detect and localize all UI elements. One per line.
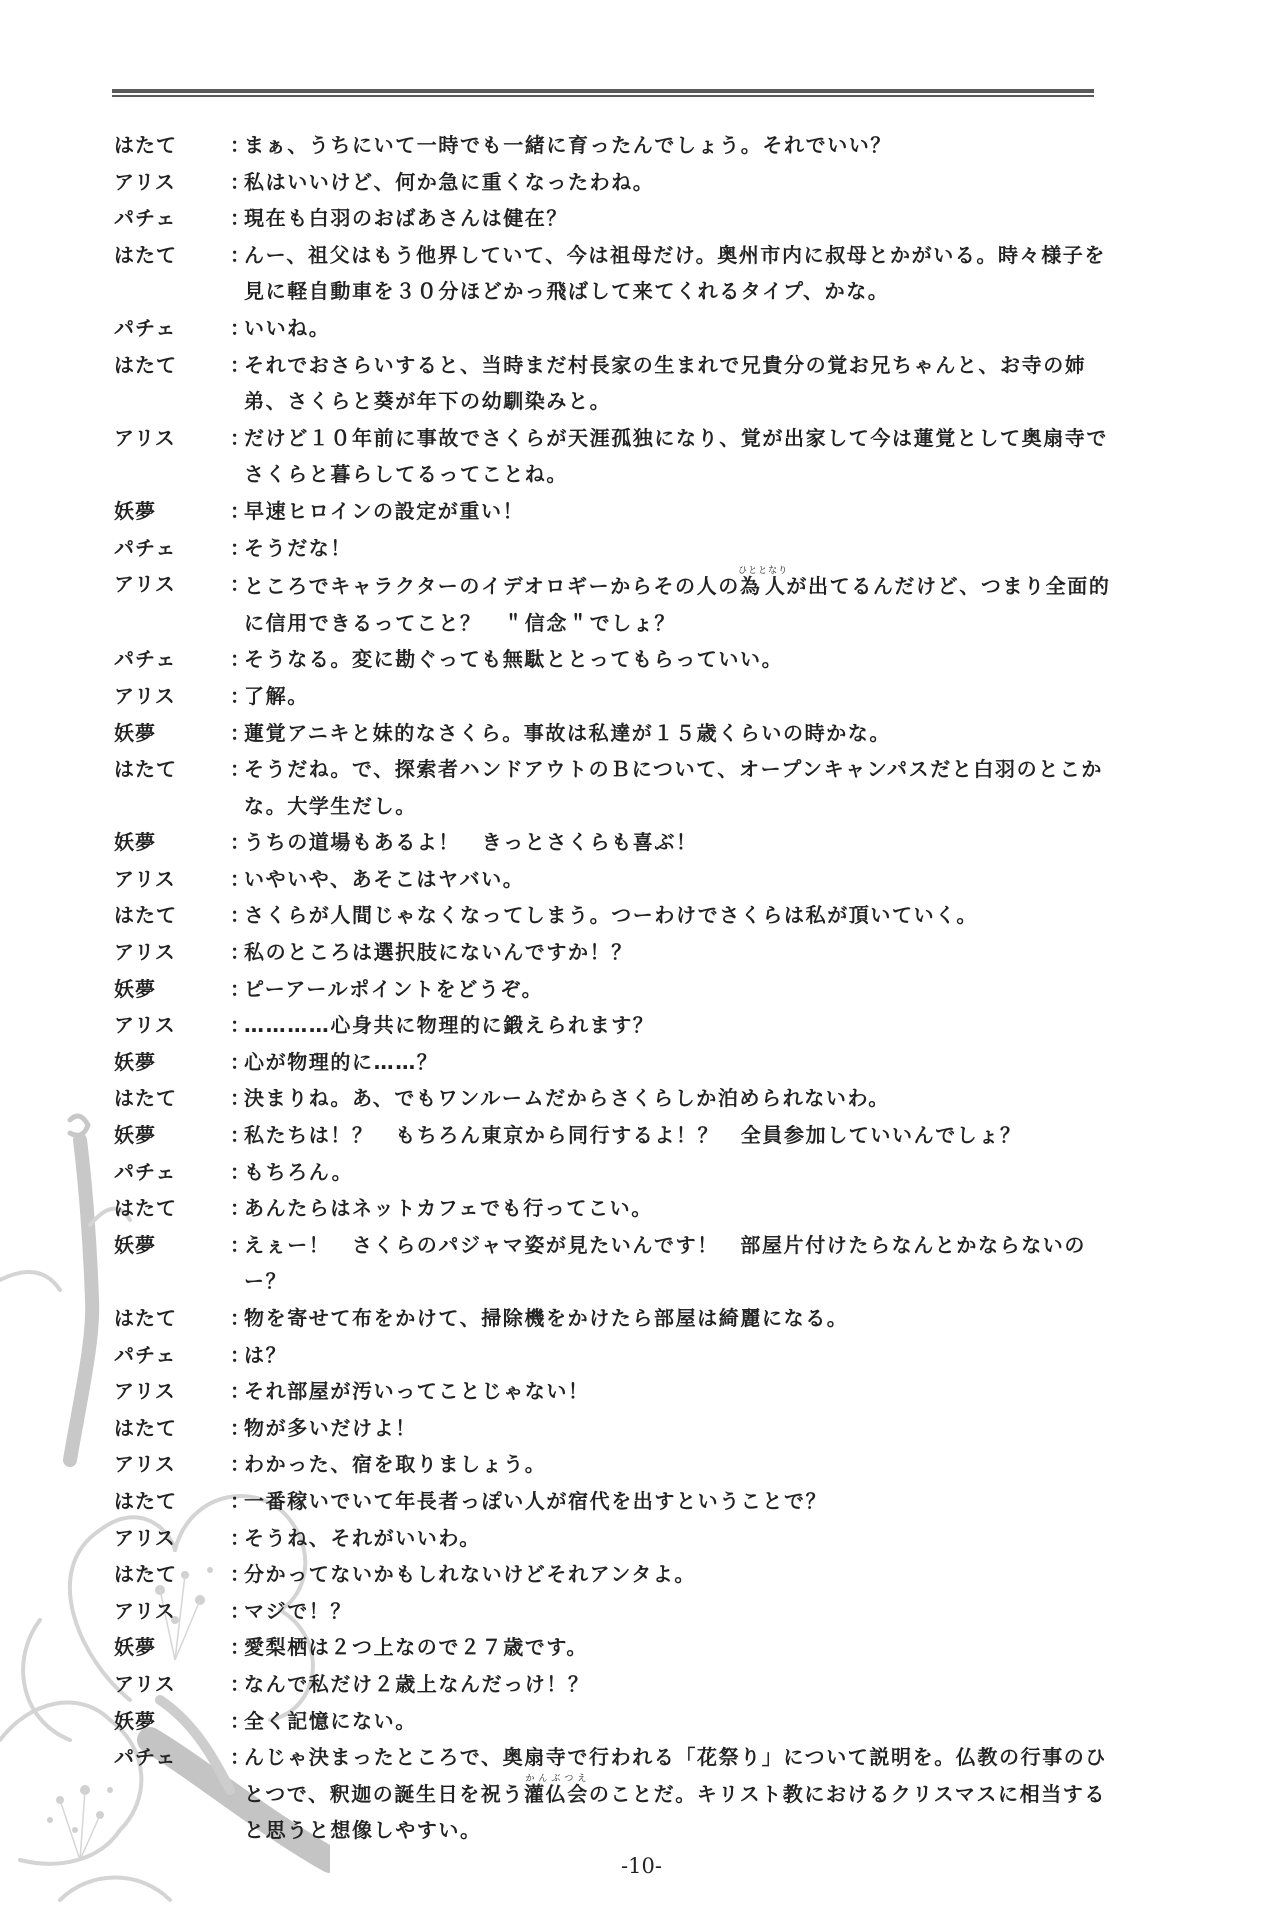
speaker-colon: ： xyxy=(230,566,244,603)
speaker-colon: ： xyxy=(230,1117,244,1154)
dialogue-entry: アリス：了解。 xyxy=(114,678,1124,715)
speaker-name: アリス xyxy=(114,566,230,603)
speaker-name: はたて xyxy=(114,897,230,934)
speaker-colon: ： xyxy=(230,127,244,164)
speaker-name: 妖夢 xyxy=(114,493,230,530)
speaker-name: 妖夢 xyxy=(114,1227,230,1264)
speaker-colon: ： xyxy=(230,1190,244,1227)
speaker-colon: ： xyxy=(230,493,244,530)
ruby-reading: かんぶつえ xyxy=(524,1774,589,1784)
dialogue-entry: パチェ：もちろん。 xyxy=(114,1154,1124,1191)
dialogue-entry: アリス：なんで私だけ２歳上なんだっけ！？ xyxy=(114,1666,1124,1703)
dialogue-entry: アリス：…………心身共に物理的に鍛えられます？ xyxy=(114,1007,1124,1044)
speaker-name: 妖夢 xyxy=(114,1629,230,1666)
speaker-colon: ： xyxy=(230,164,244,201)
speaker-colon: ： xyxy=(230,1373,244,1410)
dialogue-text: それでおさらいすると、当時まだ村長家の生まれで兄貴分の覚お兄ちゃんと、お寺の姉弟… xyxy=(244,347,1116,420)
dialogue-text: んー、祖父はもう他界していて、今は祖母だけ。奥州市内に叔母とかがいる。時々様子を… xyxy=(244,237,1116,310)
dialogue-text: うちの道場もあるよ！ きっとさくらも喜ぶ！ xyxy=(244,824,1116,861)
dialogue-entry: はたて：決まりね。あ、でもワンルームだからさくらしか泊められないわ。 xyxy=(114,1080,1124,1117)
dialogue-entry: はたて：物が多いだけよ！ xyxy=(114,1410,1124,1447)
dialogue-text: 私のところは選択肢にないんですか！？ xyxy=(244,934,1116,971)
dialogue-entry: はたて：分かってないかもしれないけどそれアンタよ。 xyxy=(114,1556,1124,1593)
speaker-colon: ： xyxy=(230,1337,244,1374)
speaker-name: パチェ xyxy=(114,1154,230,1191)
dialogue-text: …………心身共に物理的に鍛えられます？ xyxy=(244,1007,1116,1044)
dialogue-text: 愛梨栖は２つ上なので２７歳です。 xyxy=(244,1629,1116,1666)
speaker-colon: ： xyxy=(230,1593,244,1630)
speaker-colon: ： xyxy=(230,1007,244,1044)
speaker-name: はたて xyxy=(114,347,230,384)
dialogue-entry: 妖夢：蓮覚アニキと妹的なさくら。事故は私達が１５歳くらいの時かな。 xyxy=(114,715,1124,752)
dialogue-entry: 妖夢：私たちは！？ もちろん東京から同行するよ！？ 全員参加していいんでしょ？ xyxy=(114,1117,1124,1154)
dialogue-text: そうだな！ xyxy=(244,530,1116,567)
speaker-name: 妖夢 xyxy=(114,971,230,1008)
speaker-name: アリス xyxy=(114,934,230,971)
speaker-colon: ： xyxy=(230,1739,244,1776)
speaker-colon: ： xyxy=(230,530,244,567)
speaker-colon: ： xyxy=(230,1520,244,1557)
speaker-colon: ： xyxy=(230,310,244,347)
dialogue-entry: 妖夢：えぇー！ さくらのパジャマ姿が見たいんです！ 部屋片付けたらなんとかならな… xyxy=(114,1227,1124,1300)
dialogue-text: そうだね。で、探索者ハンドアウトのＢについて、オープンキャンパスだと白羽のとこか… xyxy=(244,751,1116,824)
dialogue-entry: パチェ：そうなる。変に勘ぐっても無駄ととってもらっていい。 xyxy=(114,641,1124,678)
speaker-name: パチェ xyxy=(114,200,230,237)
text-before-ruby: ところでキャラクターのイデオロギーからその人の xyxy=(244,574,740,598)
page-number: -10- xyxy=(0,1854,1283,1878)
dialogue-text: 決まりね。あ、でもワンルームだからさくらしか泊められないわ。 xyxy=(244,1080,1116,1117)
dialogue-entry: パチェ：そうだな！ xyxy=(114,530,1124,567)
speaker-name: アリス xyxy=(114,1446,230,1483)
speaker-name: はたて xyxy=(114,751,230,788)
dialogue-entry: 妖夢：ピーアールポイントをどうぞ。 xyxy=(114,971,1124,1008)
dialogue-text: 一番稼いでいて年長者っぽい人が宿代を出すということで？ xyxy=(244,1483,1116,1520)
speaker-colon: ： xyxy=(230,897,244,934)
dialogue-entry: 妖夢：全く記憶にない。 xyxy=(114,1703,1124,1740)
speaker-name: はたて xyxy=(114,1300,230,1337)
dialogue-entry: パチェ：いいね。 xyxy=(114,310,1124,347)
speaker-colon: ： xyxy=(230,971,244,1008)
dialogue-text: 分かってないかもしれないけどそれアンタよ。 xyxy=(244,1556,1116,1593)
dialogue-text: あんたらはネットカフェでも行ってこい。 xyxy=(244,1190,1116,1227)
dialogue-text: 私はいいけど、何か急に重くなったわね。 xyxy=(244,164,1116,201)
dialogue-text: 私たちは！？ もちろん東京から同行するよ！？ 全員参加していいんでしょ？ xyxy=(244,1117,1116,1154)
speaker-colon: ： xyxy=(230,1410,244,1447)
speaker-colon: ： xyxy=(230,1080,244,1117)
dialogue-entry: アリス：ところでキャラクターのイデオロギーからその人の為人ひととなりが出てるんだ… xyxy=(114,566,1124,641)
speaker-colon: ： xyxy=(230,678,244,715)
speaker-name: パチェ xyxy=(114,310,230,347)
dialogue-entry: はたて：さくらが人間じゃなくなってしまう。つーわけでさくらは私が頂いていく。 xyxy=(114,897,1124,934)
dialogue-entry: アリス：だけど１０年前に事故でさくらが天涯孤独になり、覚が出家して今は蓮覚として… xyxy=(114,420,1124,493)
dialogue-text: もちろん。 xyxy=(244,1154,1116,1191)
dialogue-transcript: はたて：まぁ、うちにいて一時でも一緒に育ったんでしょう。それでいい？ アリス：私… xyxy=(114,127,1124,1849)
dialogue-text: さくらが人間じゃなくなってしまう。つーわけでさくらは私が頂いていく。 xyxy=(244,897,1116,934)
speaker-name: 妖夢 xyxy=(114,715,230,752)
header-rule-thick xyxy=(112,89,1094,93)
dialogue-text: は？ xyxy=(244,1337,1116,1374)
speaker-colon: ： xyxy=(230,1044,244,1081)
speaker-name: アリス xyxy=(114,678,230,715)
speaker-colon: ： xyxy=(230,1703,244,1740)
speaker-name: アリス xyxy=(114,1007,230,1044)
speaker-name: 妖夢 xyxy=(114,1117,230,1154)
speaker-colon: ： xyxy=(230,420,244,457)
dialogue-text: 物が多いだけよ！ xyxy=(244,1410,1116,1447)
dialogue-text: んじゃ決まったところで、奥扇寺で行われる「花祭り」について説明を。仏教の行事のひ… xyxy=(244,1739,1116,1849)
speaker-name: アリス xyxy=(114,861,230,898)
speaker-colon: ： xyxy=(230,861,244,898)
dialogue-entry: はたて：そうだね。で、探索者ハンドアウトのＢについて、オープンキャンパスだと白羽… xyxy=(114,751,1124,824)
speaker-colon: ： xyxy=(230,934,244,971)
speaker-name: 妖夢 xyxy=(114,1703,230,1740)
speaker-name: はたて xyxy=(114,1556,230,1593)
dialogue-entry: 妖夢：愛梨栖は２つ上なので２７歳です。 xyxy=(114,1629,1124,1666)
speaker-colon: ： xyxy=(230,1227,244,1264)
dialogue-entry: アリス：そうね、それがいいわ。 xyxy=(114,1520,1124,1557)
dialogue-entry: アリス：いやいや、あそこはヤバい。 xyxy=(114,861,1124,898)
dialogue-entry: 妖夢：早速ヒロインの設定が重い！ xyxy=(114,493,1124,530)
speaker-name: 妖夢 xyxy=(114,824,230,861)
dialogue-text: 現在も白羽のおばあさんは健在？ xyxy=(244,200,1116,237)
speaker-colon: ： xyxy=(230,1629,244,1666)
speaker-colon: ： xyxy=(230,1483,244,1520)
speaker-name: アリス xyxy=(114,420,230,457)
dialogue-text: ところでキャラクターのイデオロギーからその人の為人ひととなりが出てるんだけど、つ… xyxy=(244,566,1116,641)
dialogue-text: 心が物理的に……？ xyxy=(244,1044,1116,1081)
dialogue-text: そうなる。変に勘ぐっても無駄ととってもらっていい。 xyxy=(244,641,1116,678)
dialogue-entry: はたて：まぁ、うちにいて一時でも一緒に育ったんでしょう。それでいい？ xyxy=(114,127,1124,164)
ruby-reading: ひととなり xyxy=(738,566,788,576)
speaker-name: はたて xyxy=(114,127,230,164)
dialogue-entry: アリス：私はいいけど、何か急に重くなったわね。 xyxy=(114,164,1124,201)
dialogue-entry: アリス：マジで！？ xyxy=(114,1593,1124,1630)
speaker-name: パチェ xyxy=(114,641,230,678)
ruby-annotation: 灌仏会かんぶつえ xyxy=(524,1782,589,1806)
speaker-name: はたて xyxy=(114,1190,230,1227)
dialogue-text: ピーアールポイントをどうぞ。 xyxy=(244,971,1116,1008)
dialogue-text: それ部屋が汚いってことじゃない！ xyxy=(244,1373,1116,1410)
speaker-colon: ： xyxy=(230,237,244,274)
dialogue-entry: パチェ：んじゃ決まったところで、奥扇寺で行われる「花祭り」について説明を。仏教の… xyxy=(114,1739,1124,1849)
speaker-colon: ： xyxy=(230,200,244,237)
speaker-name: はたて xyxy=(114,1080,230,1117)
header-double-rule xyxy=(112,89,1094,98)
speaker-colon: ： xyxy=(230,715,244,752)
speaker-name: パチェ xyxy=(114,1337,230,1374)
dialogue-text: 早速ヒロインの設定が重い！ xyxy=(244,493,1116,530)
dialogue-text: 全く記憶にない。 xyxy=(244,1703,1116,1740)
speaker-name: パチェ xyxy=(114,530,230,567)
dialogue-text: いやいや、あそこはヤバい。 xyxy=(244,861,1116,898)
speaker-name: はたて xyxy=(114,237,230,274)
header-rule-thin xyxy=(112,95,1094,97)
dialogue-text: マジで！？ xyxy=(244,1593,1116,1630)
dialogue-text: まぁ、うちにいて一時でも一緒に育ったんでしょう。それでいい？ xyxy=(244,127,1116,164)
dialogue-text: 蓮覚アニキと妹的なさくら。事故は私達が１５歳くらいの時かな。 xyxy=(244,715,1116,752)
speaker-colon: ： xyxy=(230,1666,244,1703)
dialogue-entry: パチェ：は？ xyxy=(114,1337,1124,1374)
dialogue-text: 了解。 xyxy=(244,678,1116,715)
dialogue-text: 物を寄せて布をかけて、掃除機をかけたら部屋は綺麗になる。 xyxy=(244,1300,1116,1337)
ruby-base: 灌仏会 xyxy=(524,1782,589,1806)
dialogue-entry: 妖夢：うちの道場もあるよ！ きっとさくらも喜ぶ！ xyxy=(114,824,1124,861)
speaker-name: はたて xyxy=(114,1410,230,1447)
dialogue-entry: はたて：んー、祖父はもう他界していて、今は祖母だけ。奥州市内に叔母とかがいる。時… xyxy=(114,237,1124,310)
speaker-colon: ： xyxy=(230,641,244,678)
speaker-colon: ： xyxy=(230,751,244,788)
dialogue-entry: アリス：それ部屋が汚いってことじゃない！ xyxy=(114,1373,1124,1410)
dialogue-text: わかった、宿を取りましょう。 xyxy=(244,1446,1116,1483)
dialogue-entry: アリス：わかった、宿を取りましょう。 xyxy=(114,1446,1124,1483)
ruby-base: 為人 xyxy=(738,574,788,598)
speaker-colon: ： xyxy=(230,1556,244,1593)
ruby-annotation: 為人ひととなり xyxy=(740,574,787,598)
speaker-name: パチェ xyxy=(114,1739,230,1776)
dialogue-entry: はたて：あんたらはネットカフェでも行ってこい。 xyxy=(114,1190,1124,1227)
dialogue-entry: パチェ：現在も白羽のおばあさんは健在？ xyxy=(114,200,1124,237)
dialogue-entry: はたて：一番稼いでいて年長者っぽい人が宿代を出すということで？ xyxy=(114,1483,1124,1520)
speaker-name: アリス xyxy=(114,1666,230,1703)
dialogue-entry: はたて：それでおさらいすると、当時まだ村長家の生まれで兄貴分の覚お兄ちゃんと、お… xyxy=(114,347,1124,420)
dialogue-text: だけど１０年前に事故でさくらが天涯孤独になり、覚が出家して今は蓮覚として奥扇寺で… xyxy=(244,420,1116,493)
dialogue-text: えぇー！ さくらのパジャマ姿が見たいんです！ 部屋片付けたらなんとかならないのー… xyxy=(244,1227,1116,1300)
dialogue-text: なんで私だけ２歳上なんだっけ！？ xyxy=(244,1666,1116,1703)
speaker-colon: ： xyxy=(230,1446,244,1483)
speaker-name: アリス xyxy=(114,1520,230,1557)
dialogue-text: そうね、それがいいわ。 xyxy=(244,1520,1116,1557)
dialogue-entry: はたて：物を寄せて布をかけて、掃除機をかけたら部屋は綺麗になる。 xyxy=(114,1300,1124,1337)
speaker-colon: ： xyxy=(230,1154,244,1191)
dialogue-text: いいね。 xyxy=(244,310,1116,347)
speaker-name: アリス xyxy=(114,164,230,201)
dialogue-entry: 妖夢：心が物理的に……？ xyxy=(114,1044,1124,1081)
speaker-colon: ： xyxy=(230,1300,244,1337)
speaker-name: アリス xyxy=(114,1593,230,1630)
speaker-name: アリス xyxy=(114,1373,230,1410)
speaker-name: はたて xyxy=(114,1483,230,1520)
speaker-colon: ： xyxy=(230,347,244,384)
speaker-name: 妖夢 xyxy=(114,1044,230,1081)
dialogue-entry: アリス：私のところは選択肢にないんですか！？ xyxy=(114,934,1124,971)
speaker-colon: ： xyxy=(230,824,244,861)
